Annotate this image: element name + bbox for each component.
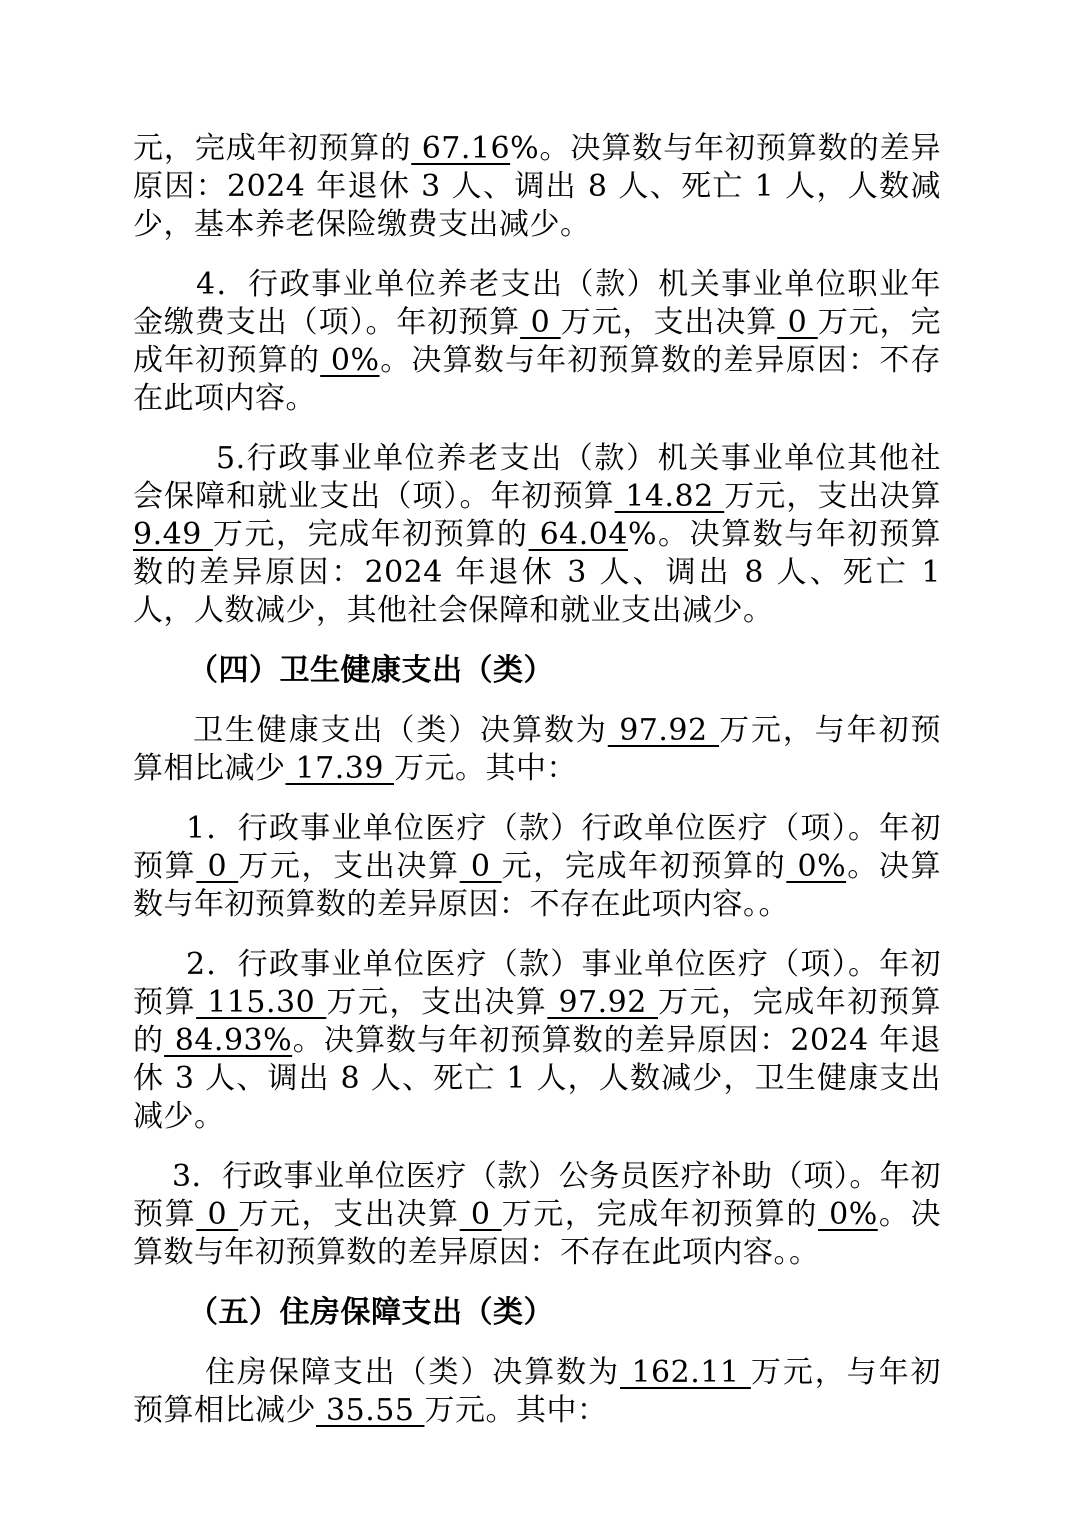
- text-run: 万元，支出决算: [561, 305, 778, 340]
- underlined-value: 0: [460, 1197, 502, 1232]
- text-run: 万元。其中：: [424, 1393, 607, 1428]
- text-run: 元，完成年初预算的: [502, 849, 787, 884]
- text-run: 万元，支出决算: [238, 1197, 459, 1232]
- underlined-value: 9.49: [133, 517, 213, 552]
- text-run: 万元，完成年初预算的: [213, 517, 529, 552]
- underlined-value: 0%: [320, 343, 379, 378]
- text-run: 万元。其中：: [394, 751, 577, 786]
- heading-text: （五）住房保障支出（类）: [188, 1295, 554, 1330]
- underlined-value: 67.16: [411, 131, 510, 166]
- underlined-value: 0%: [786, 849, 846, 884]
- underlined-value: 0: [196, 1197, 238, 1232]
- underlined-value: 35.55: [316, 1393, 424, 1428]
- heading-section-5-housing-expenditure: （五）住房保障支出（类）: [133, 1294, 941, 1332]
- underlined-value: 0: [777, 305, 818, 340]
- underlined-value: 162.11: [620, 1355, 751, 1390]
- underlined-value: 0: [520, 305, 561, 340]
- underlined-value: 14.82: [615, 479, 725, 514]
- underlined-value: 0%: [818, 1197, 878, 1232]
- text-run: 万元，支出决算: [724, 479, 941, 514]
- text-run: 元，完成年初预算的: [133, 131, 411, 166]
- heading-section-4-health-expenditure: （四）卫生健康支出（类）: [133, 652, 941, 690]
- text-run: 住房保障支出（类）决算数为: [205, 1355, 620, 1390]
- underlined-value: 84.93%: [164, 1023, 292, 1058]
- heading-text: （四）卫生健康支出（类）: [188, 653, 554, 688]
- para-1-admin-unit-medical: 1．行政事业单位医疗（款）行政单位医疗（项）。年初预算 0 万元，支出决算 0 …: [133, 810, 941, 924]
- para-4-occupational-annuity: 4．行政事业单位养老支出（款）机关事业单位职业年金缴费支出（项）。年初预算 0 …: [133, 266, 941, 418]
- underlined-value: 115.30: [196, 985, 326, 1020]
- para-5-other-social-security: 5.行政事业单位养老支出（款）机关事业单位其他社会保障和就业支出（项）。年初预算…: [133, 440, 941, 630]
- para-pension-basic-continued: 元，完成年初预算的 67.16%。决算数与年初预算数的差异原因：2024 年退休…: [133, 130, 941, 244]
- text-run: 万元，支出决算: [326, 985, 547, 1020]
- underlined-value: 97.92: [547, 985, 658, 1020]
- underlined-value: 64.04: [529, 517, 628, 552]
- underlined-value: 0: [460, 849, 502, 884]
- para-health-summary: 卫生健康支出（类）决算数为 97.92 万元，与年初预算相比减少 17.39 万…: [133, 712, 941, 788]
- text-run: 万元，完成年初预算的: [502, 1197, 818, 1232]
- para-3-civil-servant-medical-subsidy: 3．行政事业单位医疗（款）公务员医疗补助（项）。年初预算 0 万元，支出决算 0…: [133, 1158, 941, 1272]
- text-run: 卫生健康支出（类）决算数为: [193, 713, 608, 748]
- underlined-value: 0: [196, 849, 238, 884]
- para-2-public-institution-medical: 2．行政事业单位医疗（款）事业单位医疗（项）。年初预算 115.30 万元，支出…: [133, 946, 941, 1136]
- underlined-value: 97.92: [608, 713, 719, 748]
- document-content: 元，完成年初预算的 67.16%。决算数与年初预算数的差异原因：2024 年退休…: [133, 130, 941, 1452]
- text-run: 万元，支出决算: [238, 849, 459, 884]
- document-page: 元，完成年初预算的 67.16%。决算数与年初预算数的差异原因：2024 年退休…: [0, 0, 1074, 1520]
- para-housing-summary: 住房保障支出（类）决算数为 162.11 万元，与年初预算相比减少 35.55 …: [133, 1354, 941, 1430]
- underlined-value: 17.39: [286, 751, 394, 786]
